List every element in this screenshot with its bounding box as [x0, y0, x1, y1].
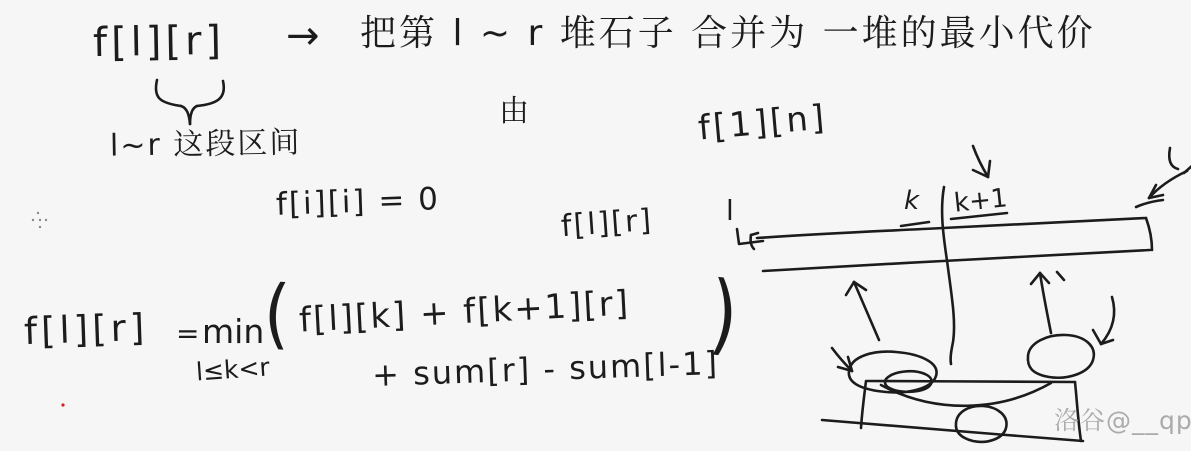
- split-divider-line: [942, 187, 954, 364]
- dp-state-definition: f[l][r]: [93, 21, 226, 63]
- final-answer-state: f[1][n]: [697, 100, 829, 145]
- underbrace: [156, 80, 224, 124]
- recurrence-lhs: f[l][r]: [23, 309, 148, 350]
- speck-cross: [32, 212, 47, 228]
- pile-oval-bottom: [956, 406, 1007, 442]
- stone-row-bar: [751, 218, 1152, 271]
- recurrence-open-paren: (: [263, 276, 291, 353]
- curved-arrow-right-end-icon: [1136, 148, 1191, 207]
- recurrence-equals: =: [176, 320, 199, 348]
- bar-left-label: l: [726, 197, 734, 225]
- pile-oval-right: [1028, 335, 1094, 378]
- state-meaning-text: 把第 l ~ r 堆石子 合并为 一堆的最小代价: [360, 16, 1096, 52]
- pile-box: [822, 381, 1083, 441]
- recurrence-min-operator: min: [202, 315, 264, 348]
- curved-down-arrow-icon: [1093, 297, 1114, 344]
- watermark: 洛谷@__qp__: [1054, 408, 1191, 433]
- up-arrow-left-icon: [846, 282, 879, 340]
- derived-from-char: 由: [499, 97, 529, 127]
- bar-split-kplus1-label: k+1: [953, 185, 1009, 216]
- pile-link-curve: [881, 383, 1051, 406]
- k-underline: [901, 222, 929, 226]
- base-case-formula: f[i][i] = 0: [276, 184, 441, 221]
- bar-split-k-label: k: [904, 188, 919, 214]
- up-arrow-right-icon: [1031, 272, 1064, 333]
- handwritten-note: f[l][r] → 把第 l ~ r 堆石子 合并为 一堆的最小代价 l~r 这…: [0, 0, 1191, 451]
- down-arrow-kplus1-icon: [973, 146, 990, 177]
- transition-state-label: f[l][r]: [560, 206, 654, 242]
- recurrence-min-condition: l≤k<r: [195, 354, 270, 384]
- red-dot: [61, 403, 64, 406]
- right-arrow-icon: →: [286, 16, 320, 56]
- interval-note: l~r 这段区间: [110, 128, 302, 161]
